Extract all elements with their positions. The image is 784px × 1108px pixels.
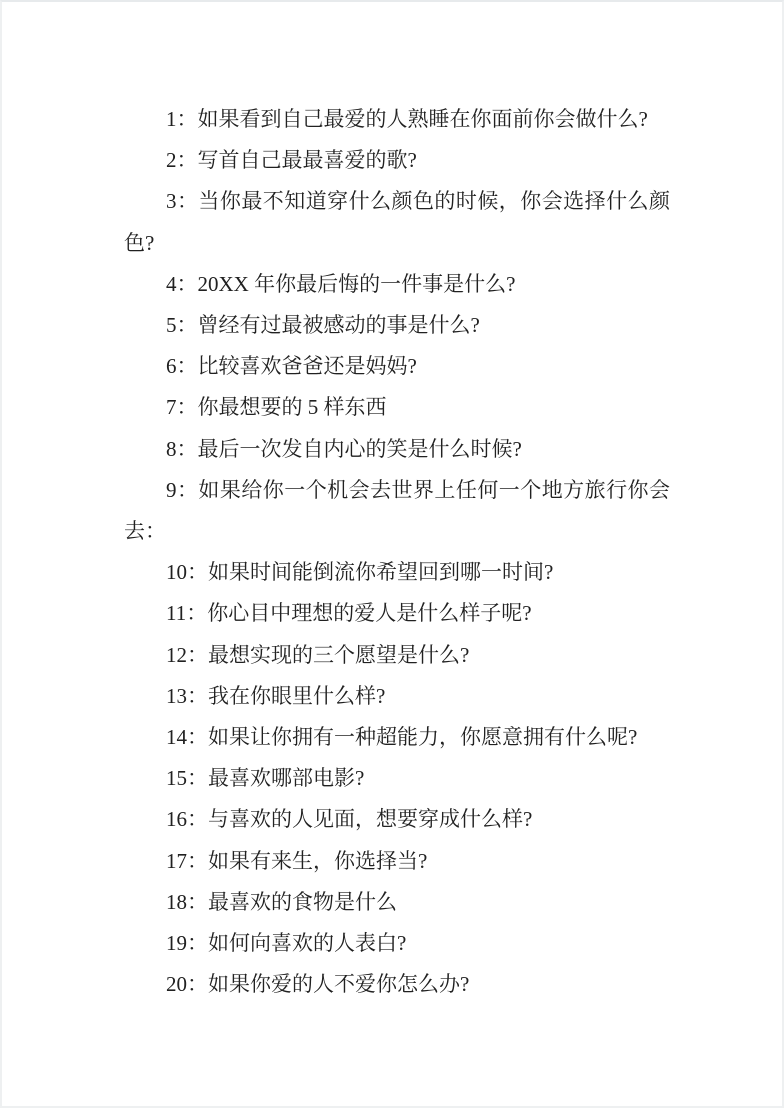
question-list: 1：如果看到自己最爱的人熟睡在你面前你会做什么? 2：写首自己最最喜爱的歌? 3… [124,99,670,1005]
question-line-7: 7：你最想要的 5 样东西 [124,387,670,428]
question-line-19: 19：如何向喜欢的人表白? [124,923,670,964]
question-9-continuation: 去： [124,511,670,552]
question-line-16: 16：与喜欢的人见面，想要穿成什么样? [124,799,670,840]
question-line-1: 1：如果看到自己最爱的人熟睡在你面前你会做什么? [124,99,670,140]
question-line-3: 3：当你最不知道穿什么颜色的时候，你会选择什么颜 [124,181,670,222]
question-line-9: 9：如果给你一个机会去世界上任何一个地方旅行你会 [124,470,670,511]
question-line-18: 18：最喜欢的食物是什么 [124,882,670,923]
question-line-2: 2：写首自己最最喜爱的歌? [124,140,670,181]
question-line-6: 6：比较喜欢爸爸还是妈妈? [124,346,670,387]
question-3-continuation: 色? [124,223,670,264]
question-line-11: 11：你心目中理想的爱人是什么样子呢? [124,593,670,634]
question-line-17: 17：如果有来生，你选择当? [124,841,670,882]
question-line-8: 8：最后一次发自内心的笑是什么时候? [124,429,670,470]
question-line-12: 12：最想实现的三个愿望是什么? [124,635,670,676]
question-line-4: 4：20XX 年你最后悔的一件事是什么? [124,264,670,305]
question-line-14: 14：如果让你拥有一种超能力，你愿意拥有什么呢? [124,717,670,758]
question-line-5: 5：曾经有过最被感动的事是什么? [124,305,670,346]
question-line-10: 10：如果时间能倒流你希望回到哪一时间? [124,552,670,593]
document-page: 1：如果看到自己最爱的人熟睡在你面前你会做什么? 2：写首自己最最喜爱的歌? 3… [0,0,784,1108]
question-line-20: 20：如果你爱的人不爱你怎么办? [124,964,670,1005]
question-line-13: 13：我在你眼里什么样? [124,676,670,717]
question-line-15: 15：最喜欢哪部电影? [124,758,670,799]
